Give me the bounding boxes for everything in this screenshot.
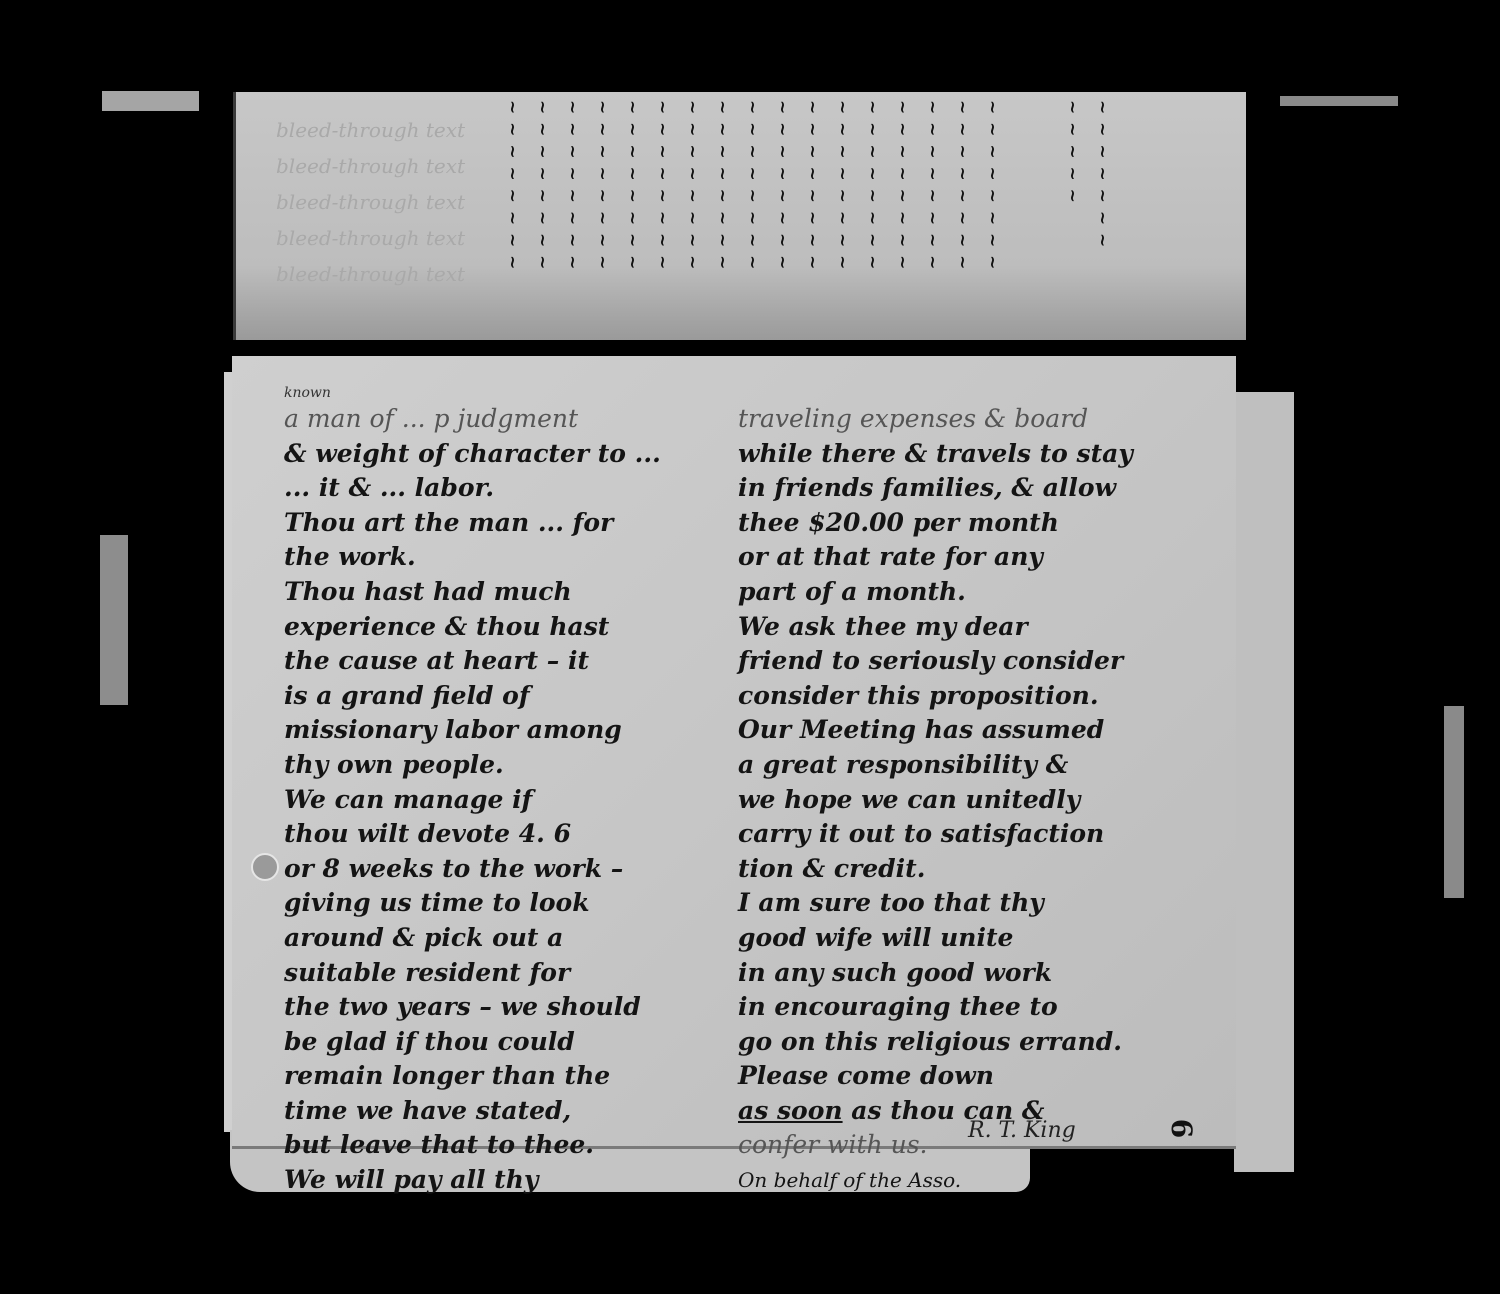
handwritten-line: good wife will unite <box>738 921 1133 956</box>
handwritten-line: thy own people. <box>284 748 661 783</box>
handwritten-line: Please come down <box>738 1059 1133 1094</box>
handwritten-line: we hope we can unitedly <box>738 783 1133 818</box>
vertical-script: ~ ~ ~ ~ ~ ~ ~ ~ <box>928 100 942 290</box>
handwritten-line: the two years – we should <box>284 990 661 1025</box>
vertical-script: ~ ~ ~ ~ ~ ~ ~ ~ <box>958 100 972 290</box>
handwritten-line: around & pick out a <box>284 921 661 956</box>
handwritten-line: & weight of character to ... <box>284 437 661 472</box>
letter-left-column: known a man of ... p judgment & weight o… <box>284 384 661 1198</box>
handwritten-line: tion & credit. <box>738 852 1133 887</box>
vertical-script: ~ ~ ~ ~ ~ ~ ~ ~ <box>808 100 822 290</box>
handwritten-line: in friends families, & allow <box>738 471 1133 506</box>
handwritten-line: the work. <box>284 540 661 575</box>
folded-top-strip: bleed-through text bleed-through text bl… <box>233 92 1246 340</box>
handwritten-line: Our Meeting has assumed <box>738 713 1133 748</box>
vertical-script: ~ ~ ~ ~ ~ ~ ~ ~ <box>868 100 882 290</box>
handwritten-line: We will pay all thy <box>284 1163 661 1198</box>
handwritten-line: or at that rate for any <box>738 540 1133 575</box>
film-tab-left <box>100 535 128 705</box>
vertical-script: ~ ~ ~ ~ ~ ~ ~ ~ <box>778 100 792 290</box>
handwritten-line: ... it & ... labor. <box>284 471 661 506</box>
handwritten-line: thee $20.00 per month <box>738 506 1133 541</box>
vertical-script: ~ ~ ~ ~ ~ ~ ~ ~ <box>688 100 702 290</box>
underlined-phrase: as soon <box>738 1096 843 1125</box>
closing-line: On behalf of the Asso. <box>738 1163 1133 1198</box>
signature: R. T. King <box>968 1118 1076 1143</box>
handwritten-line: part of a month. <box>738 575 1133 610</box>
handwritten-line: but leave that to thee. <box>284 1128 661 1163</box>
handwritten-line: while there & travels to stay <box>738 437 1133 472</box>
vertical-script: ~ ~ ~ ~ ~ ~ ~ ~ <box>568 100 582 290</box>
handwritten-line: in encouraging thee to <box>738 990 1133 1025</box>
handwritten-line: go on this religious errand. <box>738 1025 1133 1060</box>
vertical-script: ~ ~ ~ ~ ~ ~ ~ ~ <box>658 100 672 290</box>
ghost-line: bleed-through text <box>276 148 536 184</box>
handwritten-line: giving us time to look <box>284 886 661 921</box>
handwritten-line: traveling expenses & board <box>738 402 1133 437</box>
handwritten-line: or 8 weeks to the work – <box>284 852 661 887</box>
page-number: 6 <box>1165 1119 1198 1138</box>
vertical-script: ~ ~ ~ ~ ~ ~ ~ ~ <box>598 100 612 290</box>
ghost-line: bleed-through text <box>276 112 536 148</box>
handwritten-line: a great responsibility & <box>738 748 1133 783</box>
handwritten-line: We ask thee my dear <box>738 610 1133 645</box>
vertical-script: ~ ~ ~ ~ ~ <box>1068 100 1082 290</box>
handwritten-line: friend to seriously consider <box>738 644 1133 679</box>
handwritten-line: in any such good work <box>738 956 1133 991</box>
handwritten-line: suitable resident for <box>284 956 661 991</box>
ghost-line: bleed-through text <box>276 220 536 256</box>
ghost-line: bleed-through text <box>276 184 536 220</box>
film-tab-right <box>1444 706 1464 898</box>
handwritten-line: is a grand field of <box>284 679 661 714</box>
handwritten-line: consider this proposition. <box>738 679 1133 714</box>
film-tab-top-left <box>102 91 199 111</box>
underlying-sheet-right <box>1234 392 1294 1172</box>
vertical-script: ~ ~ ~ ~ ~ ~ ~ ~ <box>838 100 852 290</box>
spacer <box>738 384 1133 402</box>
vertical-script: ~ ~ ~ ~ ~ ~ ~ ~ <box>508 100 522 290</box>
vertical-script: ~ ~ ~ ~ ~ ~ ~ ~ <box>718 100 732 290</box>
handwritten-line: be glad if thou could <box>284 1025 661 1060</box>
handwritten-line: time we have stated, <box>284 1094 661 1129</box>
handwritten-line: missionary labor among <box>284 713 661 748</box>
letter-right-column: traveling expenses & board while there &… <box>738 384 1133 1198</box>
handwritten-line: Thou hast had much <box>284 575 661 610</box>
handwritten-line: Thou art the man ... for <box>284 506 661 541</box>
vertical-script: ~ ~ ~ ~ ~ ~ ~ <box>1098 100 1112 290</box>
handwritten-line: carry it out to satisfaction <box>738 817 1133 852</box>
vertical-script: ~ ~ ~ ~ ~ ~ ~ ~ <box>898 100 912 290</box>
vertical-script: ~ ~ ~ ~ ~ ~ ~ ~ <box>748 100 762 290</box>
handwritten-line: the cause at heart – it <box>284 644 661 679</box>
vertical-script: ~ ~ ~ ~ ~ ~ ~ ~ <box>538 100 552 290</box>
handwritten-line: remain longer than the <box>284 1059 661 1094</box>
vertical-script: ~ ~ ~ ~ ~ ~ ~ ~ <box>628 100 642 290</box>
bleed-through-text: bleed-through text bleed-through text bl… <box>276 112 536 292</box>
film-tab-top-right <box>1280 96 1398 106</box>
handwritten-line: experience & thou hast <box>284 610 661 645</box>
hole-punch-mark <box>251 853 279 881</box>
ghost-line: bleed-through text <box>276 256 536 292</box>
vertical-script: ~ ~ ~ ~ ~ ~ ~ ~ <box>988 100 1002 290</box>
handwritten-line: a man of ... p judgment <box>284 402 661 437</box>
handwritten-line: We can manage if <box>284 783 661 818</box>
letter-page: known a man of ... p judgment & weight o… <box>232 356 1236 1149</box>
inserted-note: known <box>284 384 661 402</box>
handwritten-line: I am sure too that thy <box>738 886 1133 921</box>
handwritten-line: thou wilt devote 4. 6 <box>284 817 661 852</box>
